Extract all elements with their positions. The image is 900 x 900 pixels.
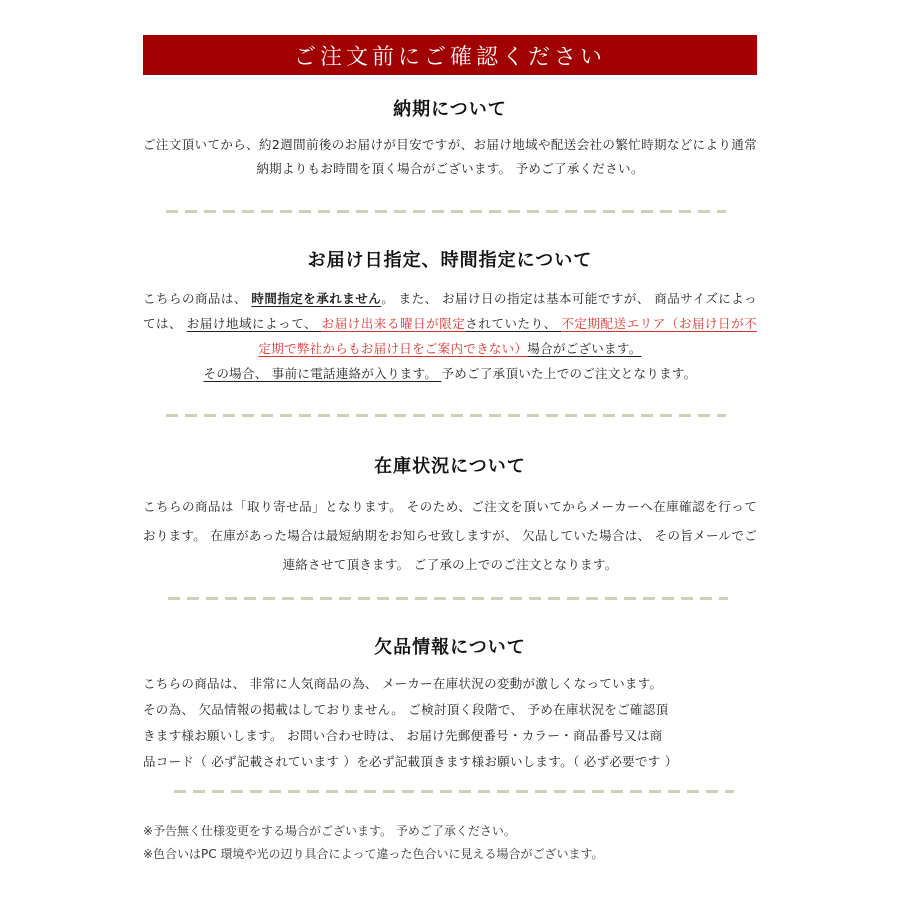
section-title: 納期について xyxy=(143,95,757,121)
section-stock-status: 在庫状況について こちらの商品は「取り寄せ品」となります。 そのため、ご注文を頂… xyxy=(143,452,757,579)
body-line: 品コード（ 必ず記載されています ）を必ず記載頂きます様お願いします。（ 必ず必… xyxy=(143,749,757,775)
body-line: こちらの商品は、 非常に人気商品の為、 メーカー在庫状況の変動が激しくなっていま… xyxy=(143,671,757,697)
section-delivery-time: 納期について ご注文頂いてから、約2週間前後のお届けが目安ですが、お届け地域や配… xyxy=(143,95,757,181)
footnote: ※色合いはPC 環境や光の辺り具合によって違った色合いに見える場合がございます。 xyxy=(143,843,757,866)
section-body: こちらの商品は、 時間指定を承れません。 また、 お届け日の指定は基本可能ですが… xyxy=(143,286,757,386)
underlined-text: お届け地域によって、 xyxy=(187,316,322,331)
body-line: きます様お願いします。 お問い合わせ時は、 お届け先郵便番号・カラー・商品番号又… xyxy=(143,723,757,749)
banner-title: ご注文前にご確認ください xyxy=(294,40,606,71)
notice-banner: ご注文前にご確認ください xyxy=(143,35,757,75)
dashed-divider xyxy=(166,414,726,417)
section-title: お届け日指定、時間指定について xyxy=(143,246,757,272)
section-body: ご注文頂いてから、約2週間前後のお届けが目安ですが、お届け地域や配送会社の繁忙時… xyxy=(143,133,757,181)
body-text: 予めご了承頂いた上でのご注文となります。 xyxy=(441,366,696,381)
footnote: ※予告無く仕様変更をする場合がございます。 予めご了承ください。 xyxy=(143,820,757,843)
section-title: 欠品情報について xyxy=(143,633,757,659)
footnotes: ※予告無く仕様変更をする場合がございます。 予めご了承ください。 ※色合いはPC… xyxy=(143,820,757,866)
dashed-divider xyxy=(174,790,734,793)
emphasis-no-time-slot: 時間指定を承れません xyxy=(251,291,381,306)
section-title: 在庫状況について xyxy=(143,452,757,478)
underlined-text: その場合、 事前に電話連絡が入ります。 xyxy=(204,366,442,381)
section-body: こちらの商品は、 非常に人気商品の為、 メーカー在庫状況の変動が激しくなっていま… xyxy=(143,671,757,775)
underlined-text: されていたり、 xyxy=(465,316,561,331)
section-out-of-stock: 欠品情報について こちらの商品は、 非常に人気商品の為、 メーカー在庫状況の変動… xyxy=(143,633,757,775)
red-warning-text: お届け出来る曜日が限定 xyxy=(322,316,466,331)
section-body: こちらの商品は「取り寄せ品」となります。 そのため、ご注文を頂いてからメーカーへ… xyxy=(143,492,757,579)
body-line: その為、 欠品情報の掲載はしておりません。 ご検討頂く段階で、 予め在庫状況をご… xyxy=(143,697,757,723)
dashed-divider xyxy=(168,597,728,600)
section-delivery-date: お届け日指定、時間指定について こちらの商品は、 時間指定を承れません。 また、… xyxy=(143,246,757,386)
body-text: こちらの商品は、 xyxy=(143,291,251,306)
underlined-text: 場合がございます。 xyxy=(527,341,641,356)
dashed-divider xyxy=(166,210,726,213)
